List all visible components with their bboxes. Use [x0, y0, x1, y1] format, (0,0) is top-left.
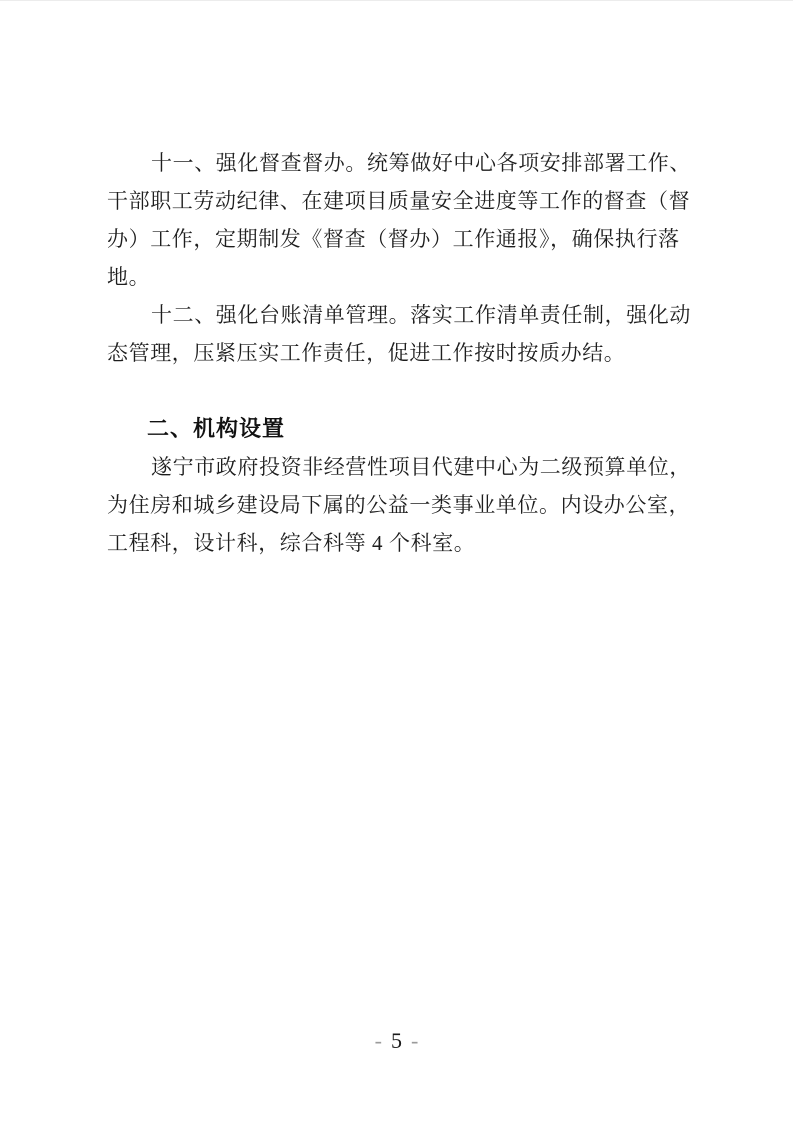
page-number-dash-right: -: [411, 1028, 418, 1053]
text-line: 干部职工劳动纪律、在建项目质量安全进度等工作的督查（督: [107, 182, 691, 220]
text-line: 工程科，设计科，综合科等 4 个科室。: [107, 524, 691, 562]
page-footer: -5-: [0, 1028, 793, 1054]
paragraph-item-eleven: 十一、强化督查督办。统筹做好中心各项安排部署工作、 干部职工劳动纪律、在建项目质…: [107, 144, 691, 296]
paragraph-organization-setup: 遂宁市政府投资非经营性项目代建中心为二级预算单位， 为住房和城乡建设局下属的公益…: [107, 448, 691, 562]
page-number-dash-left: -: [375, 1028, 382, 1053]
text-line: 十二、强化台账清单管理。落实工作清单责任制，强化动: [107, 296, 691, 334]
text-line: 态管理，压紧压实工作责任，促进工作按时按质办结。: [107, 334, 691, 372]
paragraph-item-twelve: 十二、强化台账清单管理。落实工作清单责任制，强化动 态管理，压紧压实工作责任，促…: [107, 296, 691, 372]
document-page: 十一、强化督查督办。统筹做好中心各项安排部署工作、 干部职工劳动纪律、在建项目质…: [0, 0, 793, 1122]
text-line: 地。: [107, 258, 691, 296]
page-number: 5: [382, 1028, 411, 1053]
text-line: 办）工作，定期制发《督查（督办）工作通报》，确保执行落: [107, 220, 691, 258]
text-line: 为住房和城乡建设局下属的公益一类事业单位。内设办公室，: [107, 486, 691, 524]
text-line: 遂宁市政府投资非经营性项目代建中心为二级预算单位，: [107, 448, 691, 486]
text-line: 十一、强化督查督办。统筹做好中心各项安排部署工作、: [107, 144, 691, 182]
section-heading-organization: 二、机构设置: [107, 410, 691, 448]
document-body: 十一、强化督查督办。统筹做好中心各项安排部署工作、 干部职工劳动纪律、在建项目质…: [107, 144, 691, 562]
